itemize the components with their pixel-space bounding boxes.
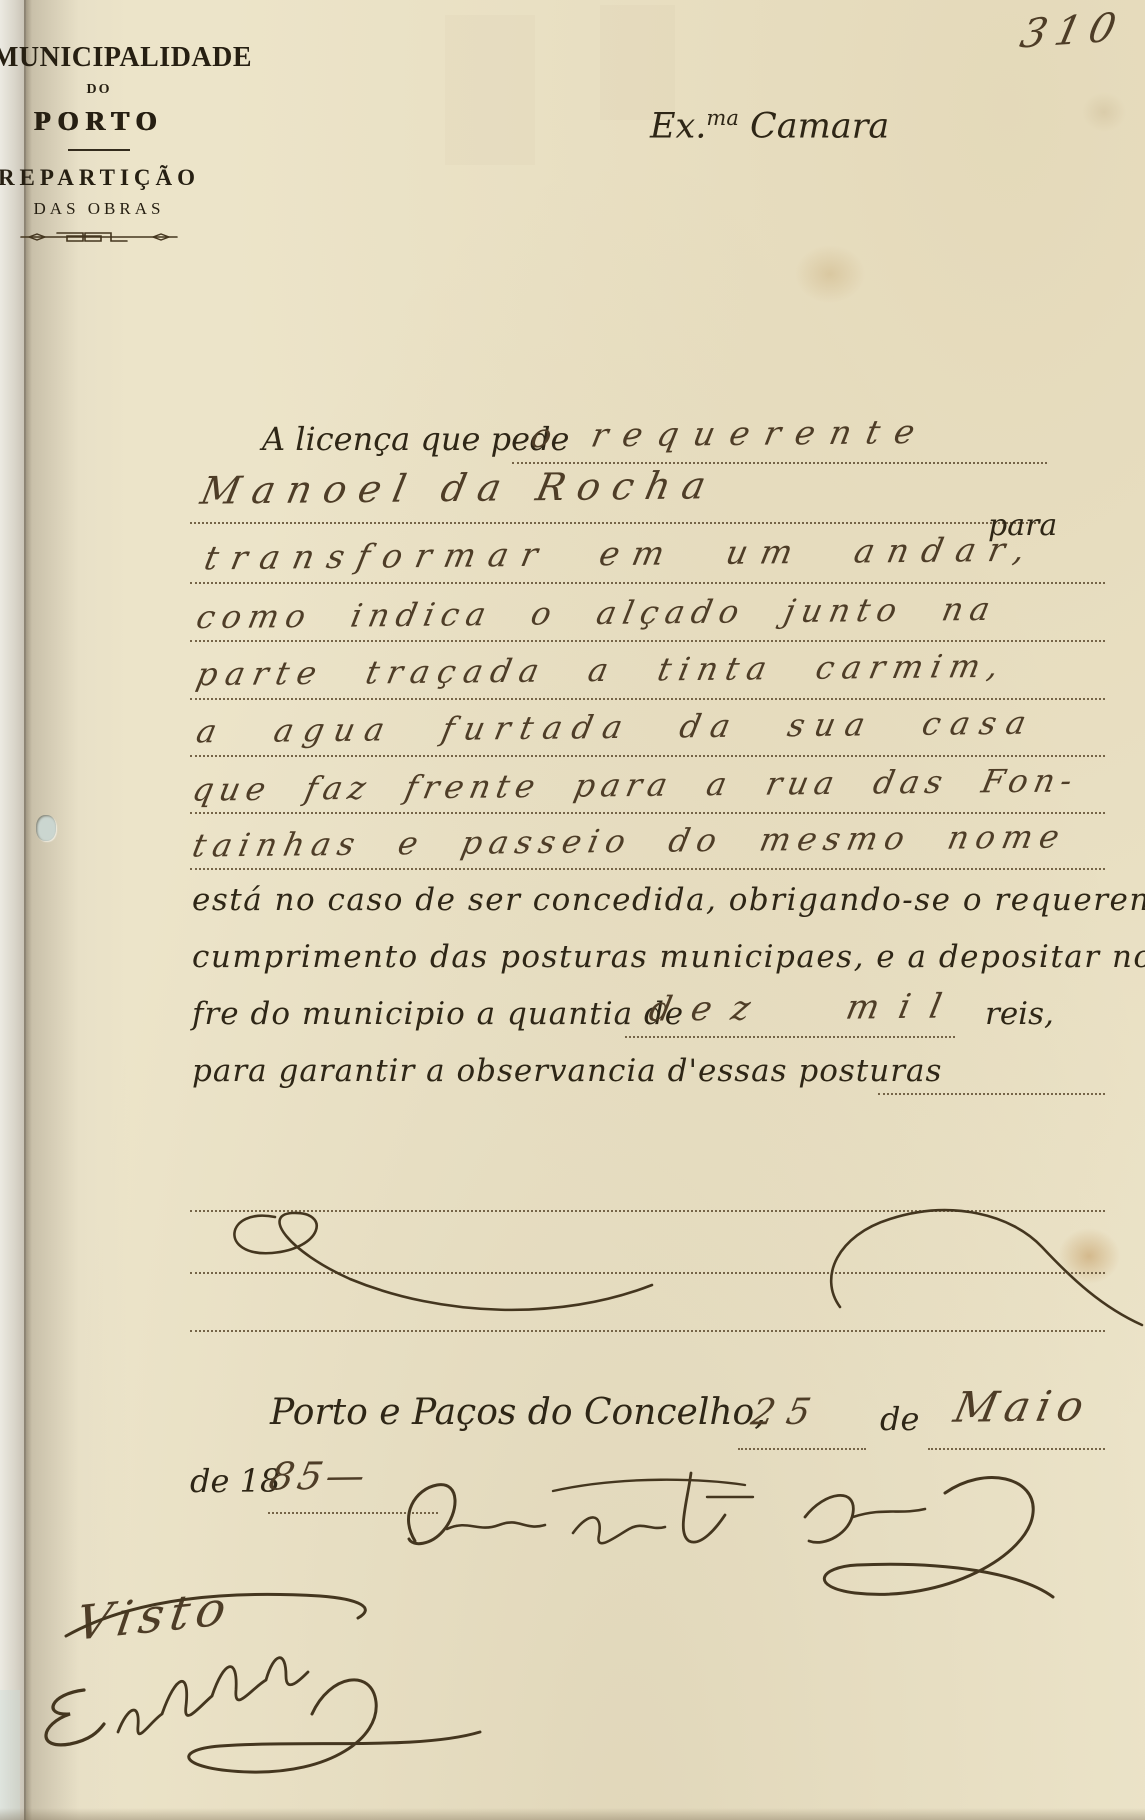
form-text-line10: cumprimento das posturas municipaes, e a… — [192, 939, 1145, 975]
form-text-line11a: fre do municipio a quantia de — [192, 996, 684, 1032]
dotted-line — [928, 1448, 1105, 1450]
dotted-line — [190, 582, 1105, 584]
letterhead-city: PORTO — [0, 106, 206, 137]
paper-tear-hole — [36, 815, 56, 841]
clerk-signature — [385, 1455, 1055, 1605]
dotted-line — [190, 698, 1105, 700]
letterhead-ornament-icon — [19, 227, 179, 247]
handwritten-line2: Manoel da Rocha — [197, 463, 722, 512]
dotted-line — [878, 1093, 1105, 1095]
salutation-name: Camara — [750, 107, 889, 147]
letterhead-do: DO — [0, 82, 206, 98]
handwritten-day: 25 — [748, 1392, 826, 1434]
form-text-line1: A licença que pede — [262, 420, 569, 458]
letterhead-department: REPARTIÇÃO — [0, 165, 206, 191]
document-page: MUNICIPALIDADE DO PORTO REPARTIÇÃO DAS O… — [0, 0, 1145, 1820]
salutation-superscript: ma — [706, 106, 738, 130]
dotted-line — [190, 868, 1105, 870]
pen-flourish — [180, 1185, 1145, 1355]
letterhead-department2: DAS OBRAS — [0, 199, 206, 219]
dotted-line — [190, 755, 1105, 757]
handwritten-line1: o requerente — [528, 412, 934, 455]
dotted-line — [190, 640, 1105, 642]
under-page-edge — [0, 1690, 20, 1820]
handwritten-month: Maio — [950, 1381, 1095, 1431]
dotted-line — [738, 1448, 866, 1450]
letterhead-ornament-wrap — [0, 227, 206, 252]
handwritten-line4: como indica o alçado junto na — [193, 590, 1000, 636]
binding-edge — [0, 0, 26, 1820]
handwritten-line6: a agua furtada da sua casa — [193, 704, 1039, 751]
salutation: Ex.ma Camara — [650, 106, 889, 147]
handwritten-line5: parte traçada a tinta carmim, — [193, 647, 1010, 693]
handwritten-line8: tainhas e passeio do mesmo nome — [189, 817, 1069, 864]
handwritten-year: 85— — [265, 1453, 372, 1498]
dotted-line — [190, 812, 1105, 814]
paper-stain — [1082, 92, 1126, 132]
bottom-page-shadow — [0, 1808, 1145, 1820]
ink-bleedthrough — [600, 5, 675, 120]
form-text-de: de — [880, 1400, 919, 1438]
visto-flourish — [60, 1578, 390, 1658]
director-signature — [28, 1652, 498, 1802]
letterhead-municipality: MUNICIPALIDADE — [0, 42, 206, 74]
form-text-line11b: reis, — [985, 996, 1054, 1032]
dotted-line — [625, 1036, 955, 1038]
ink-bleedthrough — [445, 15, 535, 165]
handwritten-amount: dez mil — [646, 986, 965, 1029]
letterhead-rule — [68, 149, 130, 151]
form-text-place: Porto e Paços do Concelho, — [270, 1392, 766, 1433]
salutation-prefix: Ex. — [650, 107, 706, 147]
form-text-line12: para garantir a observancia d'essas post… — [192, 1053, 942, 1089]
handwritten-line3: transformar em um andar, — [201, 530, 1041, 578]
dotted-line — [190, 522, 1040, 524]
form-text-line9: está no caso de ser concedida, obrigando… — [192, 882, 1145, 918]
page-number: 310 — [1016, 5, 1128, 58]
letterhead: MUNICIPALIDADE DO PORTO REPARTIÇÃO DAS O… — [0, 42, 206, 252]
page-crease-shadow — [24, 0, 84, 1820]
handwritten-line7: que faz frente para a rua das Fon- — [189, 761, 1081, 808]
paper-stain — [795, 245, 865, 303]
